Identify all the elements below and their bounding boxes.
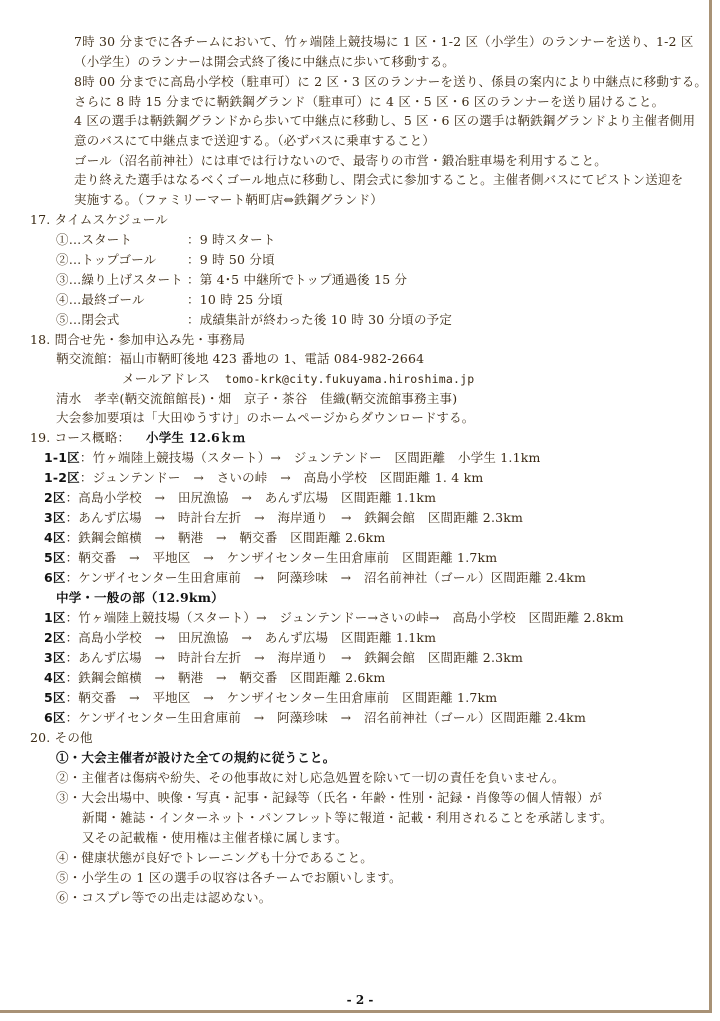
leg-label: 3区 bbox=[44, 510, 66, 525]
leg-row: 3区：あんず広場 → 時計台左折 → 海岸通り → 鉄鋼会館 区間距離 2.3k… bbox=[44, 650, 523, 666]
other-item-continued: 新聞・雑誌・インターネット・パンフレット等に報道・記載・利用されることを承諾しま… bbox=[82, 810, 613, 826]
other-item: ④・健康状態が良好でトレーニングも十分であること。 bbox=[56, 850, 373, 866]
leg-route: ：竹ヶ端陸上競技場（スタート）→ ジュンテンドー→さいの峠→ 高島小学校 区間距… bbox=[66, 610, 624, 625]
email-address[interactable]: tomo-krk@city.fukuyama.hiroshima.jp bbox=[225, 372, 474, 386]
intro-line: ゴール（沼名前神社）には車では行けないので、最寄りの市営・鍛冶駐車場を利用するこ… bbox=[74, 153, 607, 169]
leg-row: 2区：高島小学校 → 田尻漁協 → あんず広場 区間距離 1.1km bbox=[44, 630, 436, 646]
leg-label: 2区 bbox=[44, 490, 66, 505]
leg-row: 6区：ケンザイセンター生田倉庫前 → 阿藻珍味 → 沼名前神社（ゴール）区間距離… bbox=[44, 570, 586, 586]
other-item: ⑥・コスプレ等での出走は認めない。 bbox=[56, 890, 271, 906]
section-20-heading: 20. その他 bbox=[30, 730, 93, 746]
intro-line: 4 区の選手は鞆鉄鋼グランドから歩いて中継点に移動し、5 区・6 区の選手は鞆鉄… bbox=[74, 113, 695, 129]
schedule-item: ③…繰り上げスタート：第 4･5 中継所でトップ通過後 15 分 bbox=[56, 272, 407, 288]
intro-line: 8時 00 分までに高島小学校（駐車可）に 2 区・3 区のランナーを送り、係員… bbox=[74, 74, 707, 90]
intro-line: 意のバスにて中継点まで送迎する。（必ずバスに乗車すること） bbox=[74, 133, 435, 149]
leg-row: 5区：鞆交番 → 平地区 → ケンザイセンター生田倉庫前 区間距離 1.7km bbox=[44, 690, 497, 706]
other-item-continued: 又その記載権・使用権は主催者様に属します。 bbox=[82, 830, 348, 846]
leg-route: ：鞆交番 → 平地区 → ケンザイセンター生田倉庫前 区間距離 1.7km bbox=[66, 690, 498, 705]
other-item: ②・主催者は傷病や紛失、その他事故に対し応急処置を除いて一切の責任を負いません。 bbox=[56, 770, 565, 786]
leg-row: 1-1区：竹ヶ端陸上競技場（スタート）→ ジュンテンドー 区間距離 小学生 1.… bbox=[44, 450, 541, 466]
leg-label: 1区 bbox=[44, 610, 66, 625]
leg-route: ：あんず広場 → 時計台左折 → 海岸通り → 鉄鋼会館 区間距離 2.3km bbox=[66, 510, 524, 525]
intro-line: 走り終えた選手はなるべくゴール地点に移動し、閉会式に参加すること。主催者側バスに… bbox=[74, 172, 683, 188]
leg-label: 2区 bbox=[44, 630, 66, 645]
intro-line: さらに 8 時 15 分までに鞆鉄鋼グランド（駐車可）に 4 区・5 区・6 区… bbox=[74, 94, 664, 110]
leg-row: 3区：あんず広場 → 時計台左折 → 海岸通り → 鉄鋼会館 区間距離 2.3k… bbox=[44, 510, 523, 526]
schedule-value: ：第 4･5 中継所でトップ通過後 15 分 bbox=[187, 272, 407, 287]
leg-row: 4区：鉄鋼会館横 → 鞆港 → 鞆交番 区間距離 2.6km bbox=[44, 530, 385, 546]
email-label: メールアドレス bbox=[122, 371, 225, 387]
elementary-course-title: 小学生 12.6ｋｍ bbox=[146, 430, 245, 445]
leg-route: ：ケンザイセンター生田倉庫前 → 阿藻珍味 → 沼名前神社（ゴール）区間距離 2… bbox=[66, 710, 586, 725]
schedule-label: ⑤…閉会式 bbox=[56, 312, 187, 328]
other-item: ⑤・小学生の 1 区の選手の収容は各チームでお願いします。 bbox=[56, 870, 402, 886]
contact-address: 鞆交流館：福山市鞆町後地 423 番地の 1、電話 084-982-2664 bbox=[56, 351, 424, 367]
leg-route: ：高島小学校 → 田尻漁協 → あんず広場 区間距離 1.1km bbox=[66, 490, 437, 505]
section-18-heading: 18. 問合せ先・参加申込み先・事務局 bbox=[30, 332, 245, 348]
leg-route: ：ケンザイセンター生田倉庫前 → 阿藻珍味 → 沼名前神社（ゴール）区間距離 2… bbox=[66, 570, 586, 585]
schedule-value: ：10 時 25 分頃 bbox=[187, 292, 283, 307]
schedule-label: ④…最終ゴール bbox=[56, 292, 187, 308]
leg-row: 4区：鉄鋼会館横 → 鞆港 → 鞆交番 区間距離 2.6km bbox=[44, 670, 385, 686]
leg-route: ：鉄鋼会館横 → 鞆港 → 鞆交番 区間距離 2.6km bbox=[66, 530, 386, 545]
leg-route: ：鉄鋼会館横 → 鞆港 → 鞆交番 区間距離 2.6km bbox=[66, 670, 386, 685]
leg-label: 5区 bbox=[44, 550, 66, 565]
other-item: ③・大会出場中、映像・写真・記事・記録等（氏名・年齢・性別・記録・肖像等の個人情… bbox=[56, 790, 602, 806]
general-course-title: 中学・一般の部（12.9km） bbox=[56, 590, 224, 606]
page-number: - 2 - bbox=[0, 993, 720, 1007]
schedule-item: ①…スタート：9 時スタート bbox=[56, 232, 276, 248]
leg-label: 6区 bbox=[44, 710, 66, 725]
schedule-value: ：9 時 50 分頃 bbox=[187, 252, 275, 267]
leg-route: ：ジュンテンドー → さいの峠 → 高島小学校 区間距離 1. 4 km bbox=[80, 470, 484, 485]
leg-route: ：あんず広場 → 時計台左折 → 海岸通り → 鉄鋼会館 区間距離 2.3km bbox=[66, 650, 524, 665]
schedule-label: ③…繰り上げスタート bbox=[56, 272, 187, 288]
schedule-item: ②…トップゴール：9 時 50 分頃 bbox=[56, 252, 275, 268]
leg-label: 4区 bbox=[44, 530, 66, 545]
intro-line: 7時 30 分までに各チームにおいて、竹ヶ端陸上競技場に 1 区・1-2 区（小… bbox=[74, 34, 694, 50]
leg-label: 4区 bbox=[44, 670, 66, 685]
leg-row: 1区：竹ヶ端陸上競技場（スタート）→ ジュンテンドー→さいの峠→ 高島小学校 区… bbox=[44, 610, 624, 626]
document-page: 7時 30 分までに各チームにおいて、竹ヶ端陸上競技場に 1 区・1-2 区（小… bbox=[0, 0, 712, 1013]
contact-staff: 清水 孝幸(鞆交流館館長)・畑 京子・茶谷 佳織(鞆交流館事務主事) bbox=[56, 391, 457, 407]
other-item: ①・大会主催者が設けた全ての規約に従うこと。 bbox=[56, 750, 335, 766]
leg-row: 2区：高島小学校 → 田尻漁協 → あんず広場 区間距離 1.1km bbox=[44, 490, 436, 506]
leg-route: ：竹ヶ端陸上競技場（スタート）→ ジュンテンドー 区間距離 小学生 1.1km bbox=[80, 450, 541, 465]
leg-label: 1-2区 bbox=[44, 470, 80, 485]
schedule-value: ：9 時スタート bbox=[187, 232, 276, 247]
leg-label: 1-1区 bbox=[44, 450, 80, 465]
leg-label: 5区 bbox=[44, 690, 66, 705]
schedule-value: ：成績集計が終わった後 10 時 30 分頃の予定 bbox=[187, 312, 452, 327]
leg-label: 6区 bbox=[44, 570, 66, 585]
intro-line: 実施する。（ファミリーマート鞆町店⇔鉄鋼グランド） bbox=[74, 192, 383, 208]
leg-row: 5区：鞆交番 → 平地区 → ケンザイセンター生田倉庫前 区間距離 1.7km bbox=[44, 550, 497, 566]
schedule-item: ④…最終ゴール：10 時 25 分頃 bbox=[56, 292, 283, 308]
download-note: 大会参加要項は「大田ゆうすけ」のホームページからダウンロードする。 bbox=[56, 410, 474, 426]
leg-row: 6区：ケンザイセンター生田倉庫前 → 阿藻珍味 → 沼名前神社（ゴール）区間距離… bbox=[44, 710, 586, 726]
section-17-heading: 17. タイムスケジュール bbox=[30, 212, 168, 228]
leg-route: ：高島小学校 → 田尻漁協 → あんず広場 区間距離 1.1km bbox=[66, 630, 437, 645]
leg-route: ：鞆交番 → 平地区 → ケンザイセンター生田倉庫前 区間距離 1.7km bbox=[66, 550, 498, 565]
section-19-heading: 19. コース概略：小学生 12.6ｋｍ bbox=[30, 430, 245, 446]
contact-email-row: メールアドレスtomo-krk@city.fukuyama.hiroshima.… bbox=[122, 371, 474, 387]
course-heading: 19. コース概略： bbox=[30, 430, 146, 446]
schedule-label: ①…スタート bbox=[56, 232, 187, 248]
schedule-label: ②…トップゴール bbox=[56, 252, 187, 268]
leg-label: 3区 bbox=[44, 650, 66, 665]
schedule-item: ⑤…閉会式：成績集計が終わった後 10 時 30 分頃の予定 bbox=[56, 312, 452, 328]
intro-line: （小学生）のランナーは開会式終了後に中継点に歩いて移動する。 bbox=[74, 54, 455, 70]
leg-row: 1-2区：ジュンテンドー → さいの峠 → 高島小学校 区間距離 1. 4 km bbox=[44, 470, 483, 486]
